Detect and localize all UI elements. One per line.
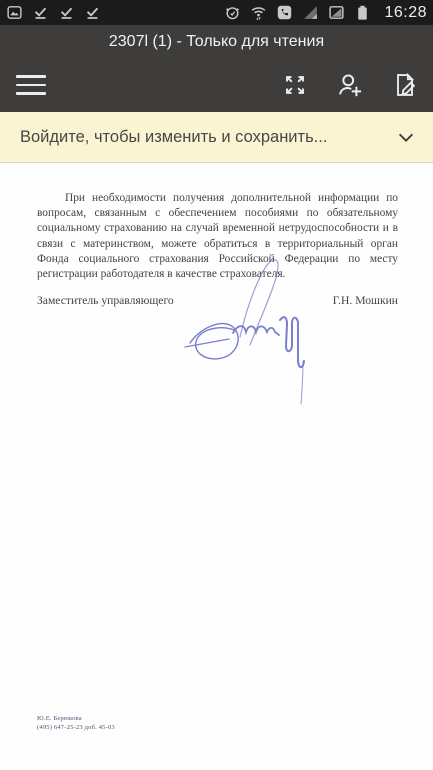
footer-contact: Ю.Е. Берюкова (495) 647-25-23 доб. 45-03 [37, 715, 115, 732]
phone-screen: 16:28 2307l (1) - Только для чтения [0, 0, 433, 770]
footer-contact-name: Ю.Е. Берюкова [37, 715, 115, 724]
download-done-icon [84, 4, 101, 21]
fullscreen-icon[interactable] [281, 71, 309, 99]
chevron-down-icon[interactable] [395, 126, 417, 148]
status-bar: 16:28 [0, 0, 433, 25]
wifi-icon [250, 4, 267, 21]
status-right-icons: 16:28 [224, 4, 427, 22]
screen-mirror-icon [328, 4, 345, 21]
signal-icon [302, 4, 319, 21]
call-icon [276, 4, 293, 21]
download-done-icon [58, 4, 75, 21]
alarm-icon [224, 4, 241, 21]
signature-row: Заместитель управляющего Г.Н. Мошкин [37, 294, 398, 307]
edit-document-icon[interactable] [391, 71, 419, 99]
signin-banner[interactable]: Войдите, чтобы изменить и сохранить... [0, 112, 433, 163]
battery-icon [354, 4, 371, 21]
signer-name: Г.Н. Мошкин [333, 294, 398, 307]
gallery-icon [6, 4, 23, 21]
menu-icon[interactable] [16, 75, 46, 95]
clock-time: 16:28 [384, 4, 427, 22]
status-left-icons [6, 4, 101, 21]
document-page[interactable]: При необходимости получения дополнительн… [0, 163, 433, 770]
download-done-icon [32, 4, 49, 21]
letter-paragraph: При необходимости получения дополнительн… [37, 191, 398, 282]
signer-role: Заместитель управляющего [37, 294, 174, 307]
footer-contact-phone: (495) 647-25-23 доб. 45-03 [37, 724, 115, 733]
title-bar: 2307l (1) - Только для чтения [0, 25, 433, 58]
share-person-add-icon[interactable] [336, 71, 364, 99]
document-title: 2307l (1) - Только для чтения [109, 33, 324, 51]
signin-banner-message: Войдите, чтобы изменить и сохранить... [20, 128, 327, 147]
toolbar [0, 58, 433, 112]
